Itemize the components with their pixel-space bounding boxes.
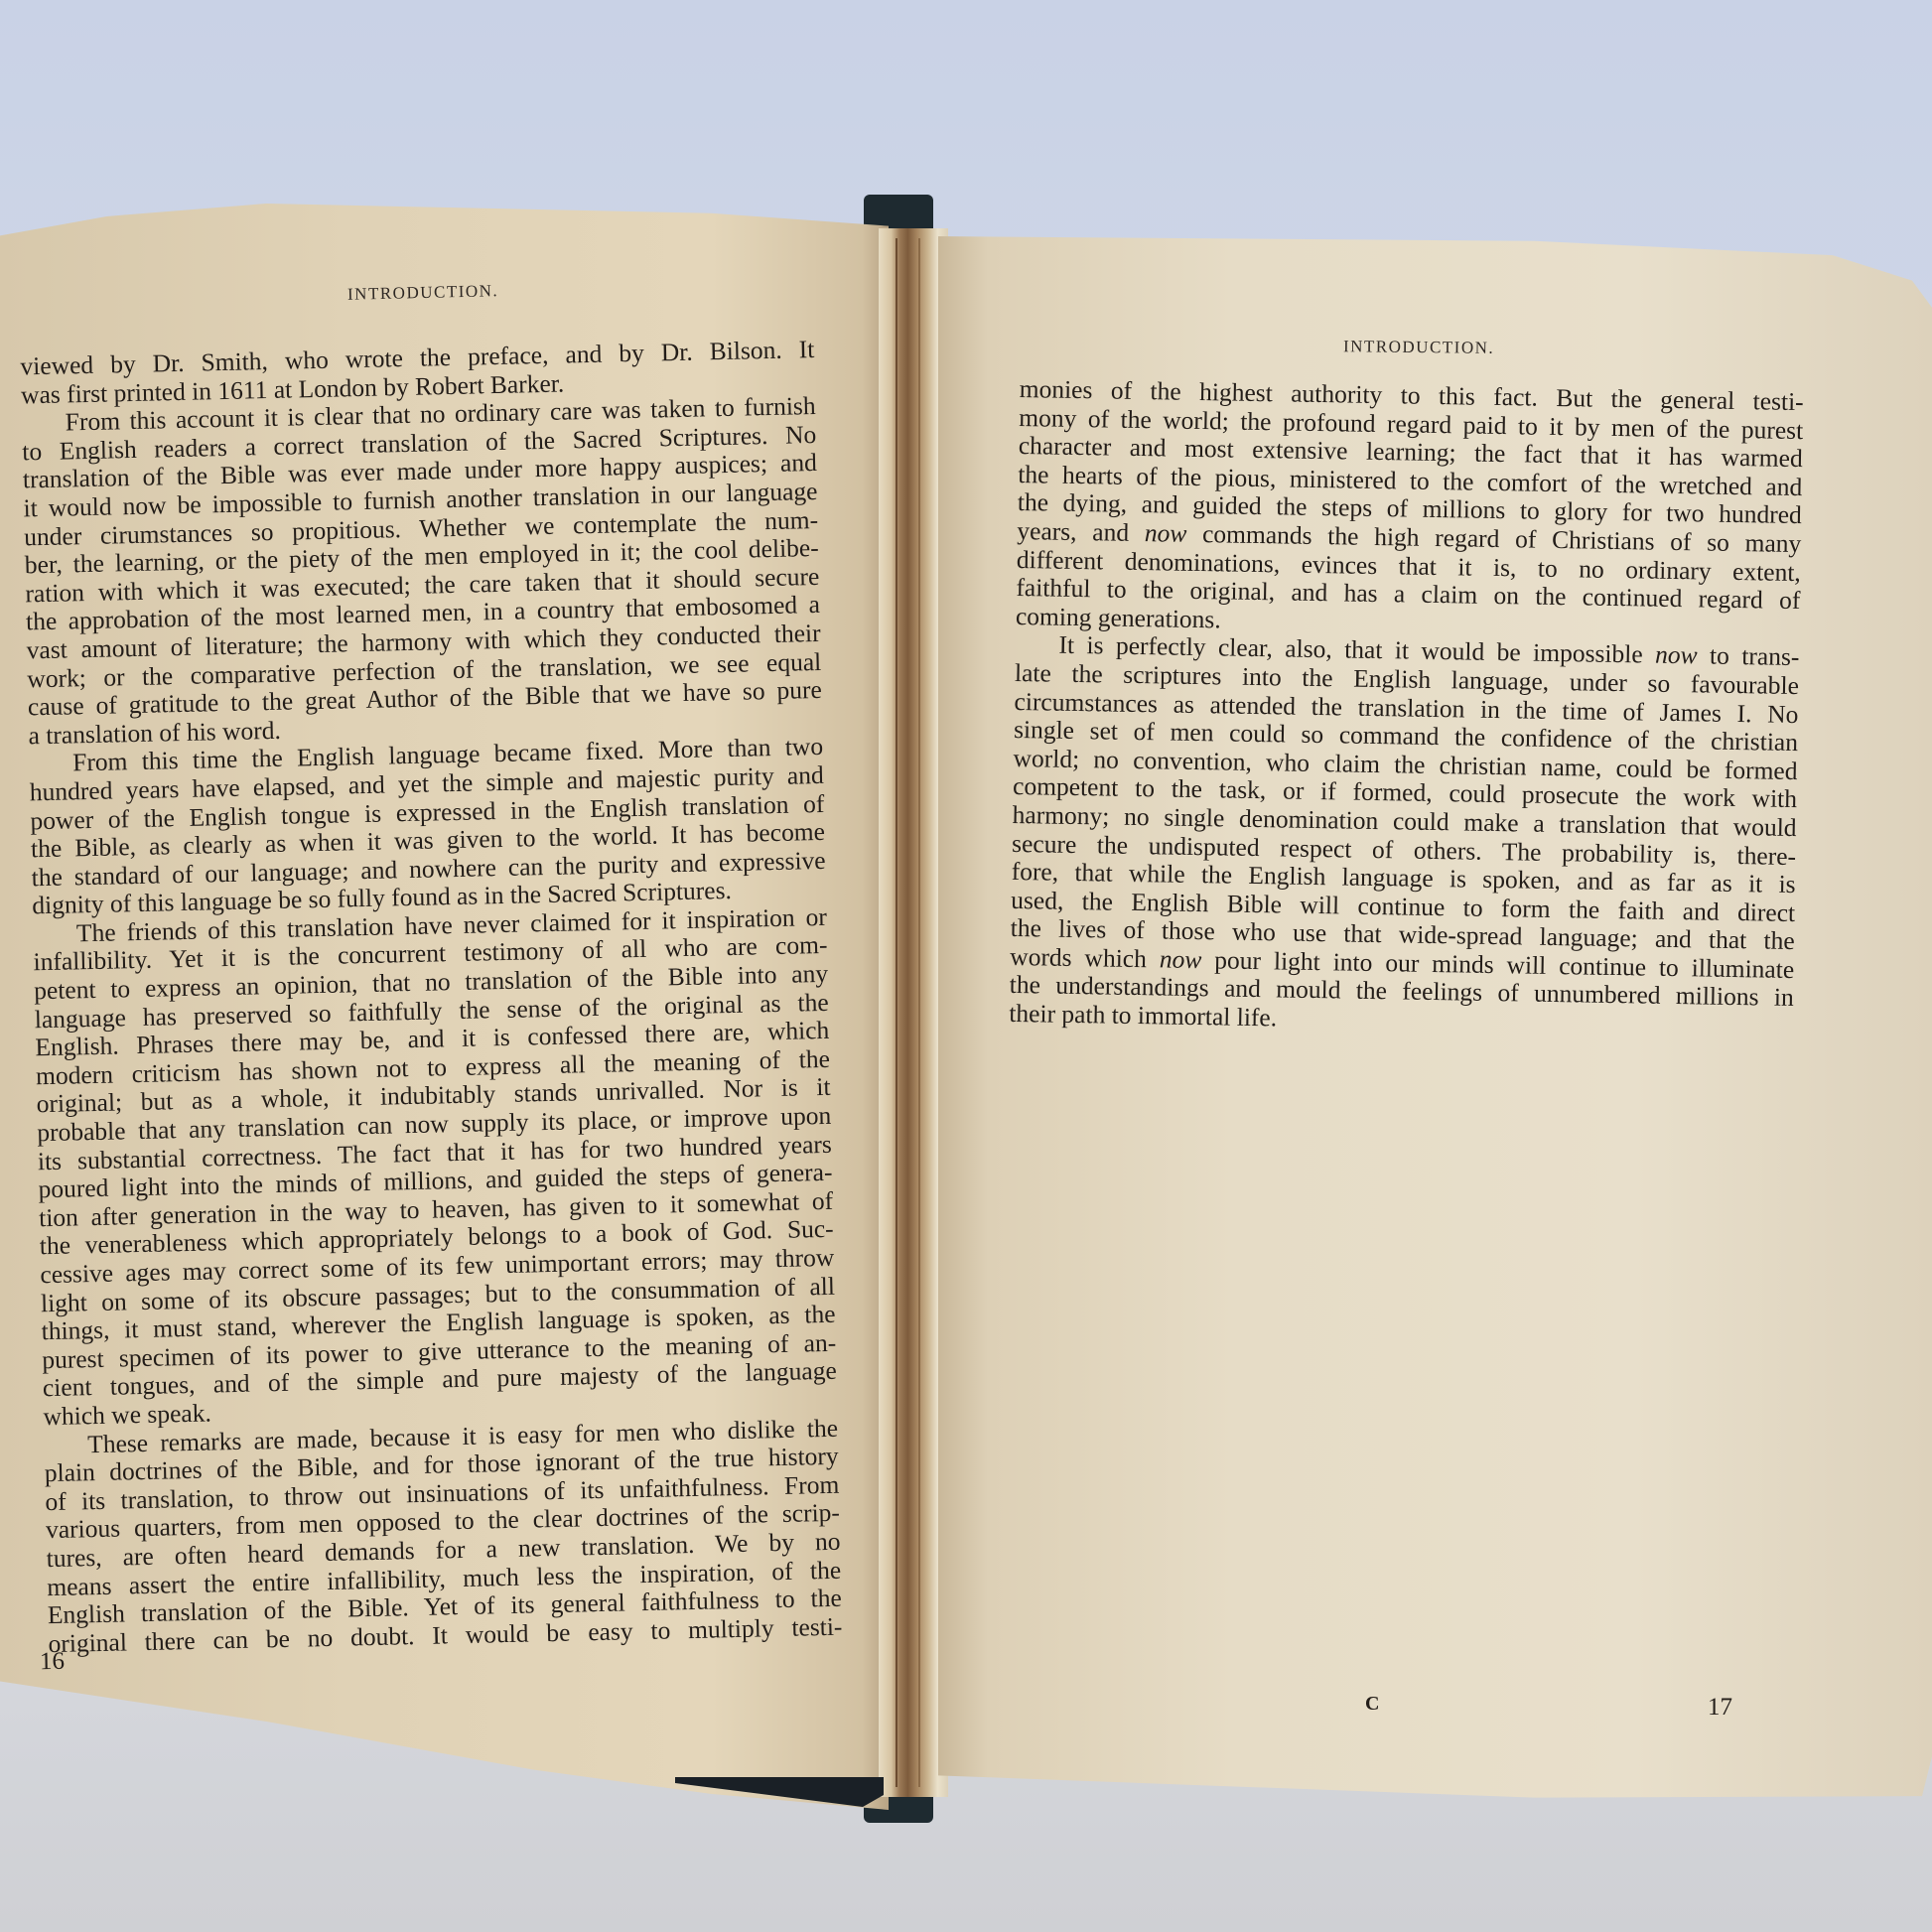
signature-mark: C [1365,1693,1379,1716]
running-head-right: INTRODUCTION. [1343,337,1494,358]
left-page-body-text: viewed by Dr. Smith, who wrote the prefa… [20,336,843,1658]
book-spine-gutter [879,228,948,1797]
open-book: INTRODUCTION. viewed by Dr. Smith, who w… [0,0,1932,1932]
page-number-left: 16 [40,1648,65,1676]
spine-thread [896,238,897,1787]
page-number-right: 17 [1708,1694,1732,1722]
left-page: INTRODUCTION. viewed by Dr. Smith, who w… [0,204,889,1810]
running-head-left: INTRODUCTION. [347,281,499,305]
right-page-body-text: monies of the highest authority to this … [1009,375,1804,1041]
spine-thread [918,238,920,1787]
right-page: INTRODUCTION. monies of the highest auth… [938,236,1932,1820]
